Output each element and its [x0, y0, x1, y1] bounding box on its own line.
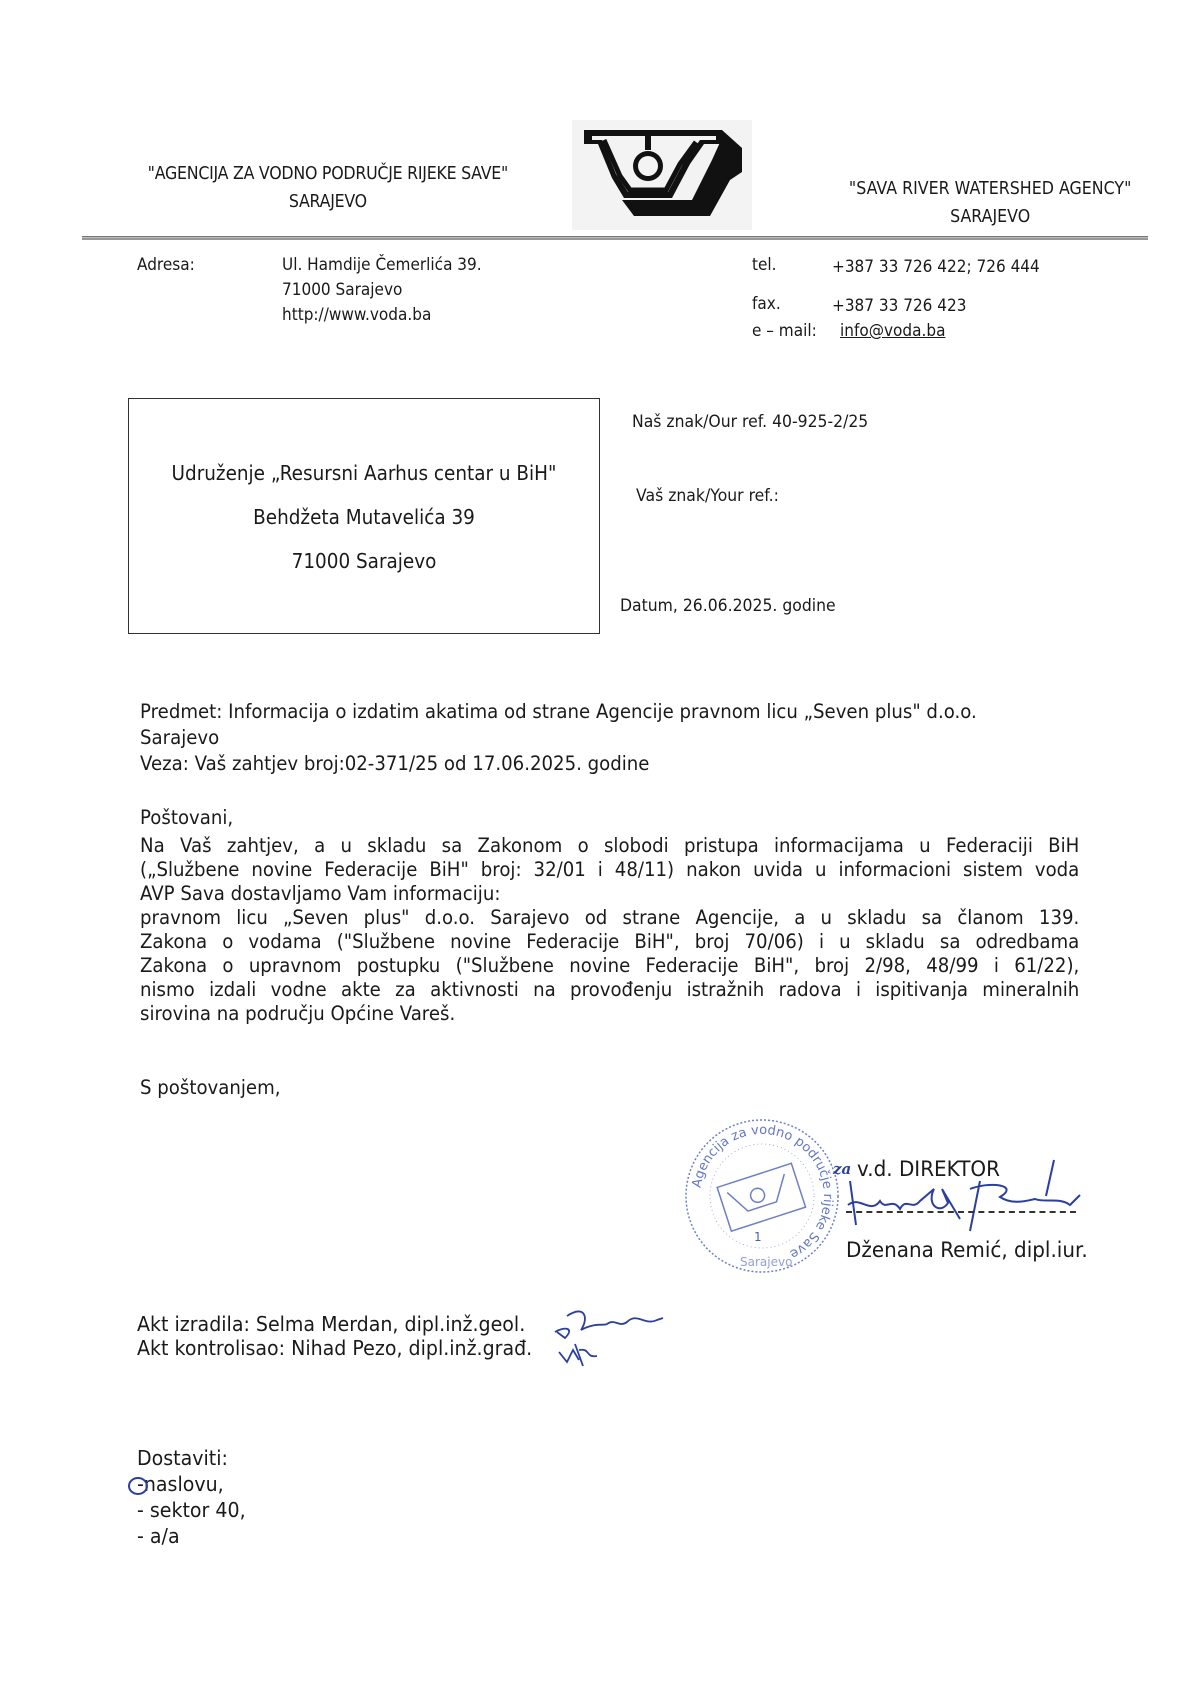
body-line: Na Vaš zahtjev, a u skladu sa Zakonom o …	[140, 834, 1079, 858]
signature-line	[846, 1211, 1076, 1213]
check-circle-mark-icon	[127, 1475, 149, 1497]
subject-line-cont: Sarajevo	[140, 726, 219, 750]
recipient-name: Udruženje „Resursni Aarhus centar u BiH"	[148, 461, 580, 485]
org-city-en: SARAJEVO	[830, 203, 1150, 231]
delivery-heading: Dostaviti:	[137, 1445, 246, 1471]
body-line: sirovina na području Općine Vareš.	[140, 1002, 1070, 1026]
subject-line: Predmet: Informacija o izdatim akatima o…	[140, 700, 977, 724]
delivery-item: - sektor 40,	[137, 1497, 246, 1523]
fax-value: +387 33 726 423	[832, 295, 966, 318]
recipient-city: 71000 Sarajevo	[148, 549, 580, 573]
address-street: Ul. Hamdije Čemerlića 39.	[282, 254, 482, 279]
director-signature-icon	[830, 1175, 1090, 1235]
recipient-street: Behdžeta Mutavelića 39	[148, 505, 580, 529]
body-line: („Službene novine Federacije BiH" broj: …	[140, 858, 1079, 882]
org-city-local: SARAJEVO	[118, 188, 538, 216]
greeting: Poštovani,	[140, 806, 233, 830]
fax-label: fax.	[752, 293, 781, 316]
signatory-name: Dženana Remić, dipl.iur.	[846, 1238, 1088, 1262]
svg-text:Sarajevo: Sarajevo	[740, 1255, 792, 1269]
body-line: AVP Sava dostavljamo Vam informaciju:	[140, 882, 1070, 906]
body-line: nismo izdali vodne akte za aktivnosti na…	[140, 978, 1079, 1002]
checked-by: Akt kontrolisao: Nihad Pezo, dipl.inž.gr…	[137, 1336, 532, 1360]
our-reference: Naš znak/Our ref. 40-925-2/25	[632, 412, 868, 432]
letterhead-right: "SAVA RIVER WATERSHED AGENCY" SARAJEVO	[830, 175, 1112, 231]
body-line: Zakona o upravnom postupku ("Službene no…	[140, 954, 1079, 978]
address-label: Adresa:	[137, 254, 195, 277]
document-date: Datum, 26.06.2025. godine	[620, 596, 836, 616]
tel-label: tel.	[752, 254, 777, 277]
email-label: e – mail:	[752, 320, 817, 343]
website-link[interactable]: http://www.voda.ba	[282, 304, 482, 329]
svg-text:1: 1	[754, 1230, 762, 1244]
recipient-box: Udruženje „Resursni Aarhus centar u BiH"…	[128, 398, 600, 634]
authors-block: Akt izradila: Selma Merdan, dipl.inž.geo…	[137, 1312, 532, 1360]
email-link[interactable]: info@voda.ba	[840, 320, 945, 343]
prepared-by: Akt izradila: Selma Merdan, dipl.inž.geo…	[137, 1312, 532, 1336]
reference-line: Veza: Vaš zahtjev broj:02-371/25 od 17.0…	[140, 752, 649, 776]
body-line: Zakona o vodama ("Službene novine Federa…	[140, 930, 1079, 954]
initials-signature-icon	[545, 1296, 685, 1376]
tel-value: +387 33 726 422; 726 444	[832, 256, 1040, 279]
letterhead-left: "AGENCIJA ZA VODNO PODRUČJE RIJEKE SAVE"…	[118, 160, 488, 216]
delivery-block: Dostaviti: -naslovu, - sektor 40, - a/a	[137, 1445, 246, 1549]
closing: S poštovanjem,	[140, 1076, 281, 1100]
org-name-local: "AGENCIJA ZA VODNO PODRUČJE RIJEKE SAVE"	[118, 160, 538, 188]
official-stamp-icon: Agencija za vodno područje rijeke Save 1…	[682, 1116, 842, 1276]
address-block: Ul. Hamdije Čemerlića 39. 71000 Sarajevo…	[282, 254, 482, 329]
agency-logo-icon	[572, 120, 752, 230]
your-reference: Vaš znak/Your ref.:	[636, 486, 779, 506]
header-divider	[82, 236, 1148, 240]
body-paragraph: Na Vaš zahtjev, a u skladu sa Zakonom o …	[140, 834, 1070, 1026]
org-name-en: "SAVA RIVER WATERSHED AGENCY"	[830, 175, 1150, 203]
delivery-item: -naslovu,	[137, 1471, 246, 1497]
delivery-item: - a/a	[137, 1523, 246, 1549]
address-city: 71000 Sarajevo	[282, 279, 482, 304]
body-line: pravnom licu „Seven plus" d.o.o. Sarajev…	[140, 906, 1079, 930]
